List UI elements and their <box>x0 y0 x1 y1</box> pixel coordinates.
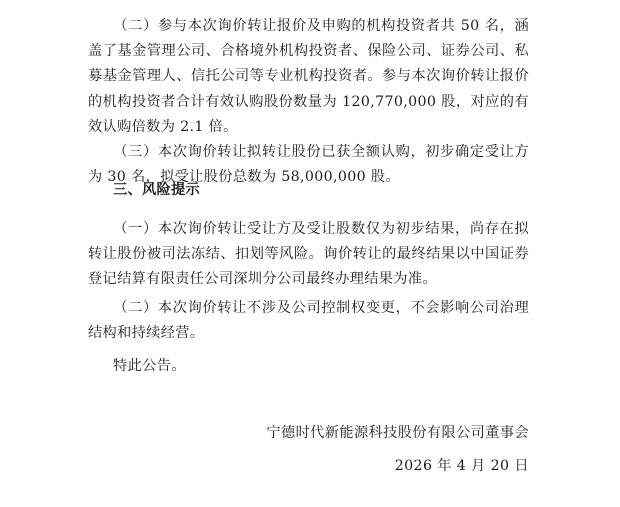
signature-company: 宁德时代新能源科技股份有限公司董事会 <box>266 421 529 446</box>
paragraph-text: （一）本次询价转让受让方及受让股数仅为初步结果，尚存在拟转让股份被司法冻结、扣划… <box>88 221 529 287</box>
paragraph-text: （二）本次询价转让不涉及公司控制权变更，不会影响公司治理结构和持续经营。 <box>88 300 529 341</box>
closing-statement: 特此公告。 <box>113 354 186 379</box>
paragraph-institutional-investors: （二）参与本次询价转让报价及申购的机构投资者共 50 名，涵盖了基金管理公司、合… <box>88 14 529 140</box>
paragraph-text: （二）参与本次询价转让报价及申购的机构投资者共 50 名，涵盖了基金管理公司、合… <box>88 18 529 135</box>
section-heading-risk: 三、风险提示 <box>113 178 200 203</box>
document-page: （二）参与本次询价转让报价及申购的机构投资者共 50 名，涵盖了基金管理公司、合… <box>0 0 620 507</box>
signature-date: 2026 年 4 月 20 日 <box>395 454 529 479</box>
paragraph-risk-1: （一）本次询价转让受让方及受让股数仅为初步结果，尚存在拟转让股份被司法冻结、扣划… <box>88 217 529 293</box>
paragraph-risk-2: （二）本次询价转让不涉及公司控制权变更，不会影响公司治理结构和持续经营。 <box>88 296 529 346</box>
